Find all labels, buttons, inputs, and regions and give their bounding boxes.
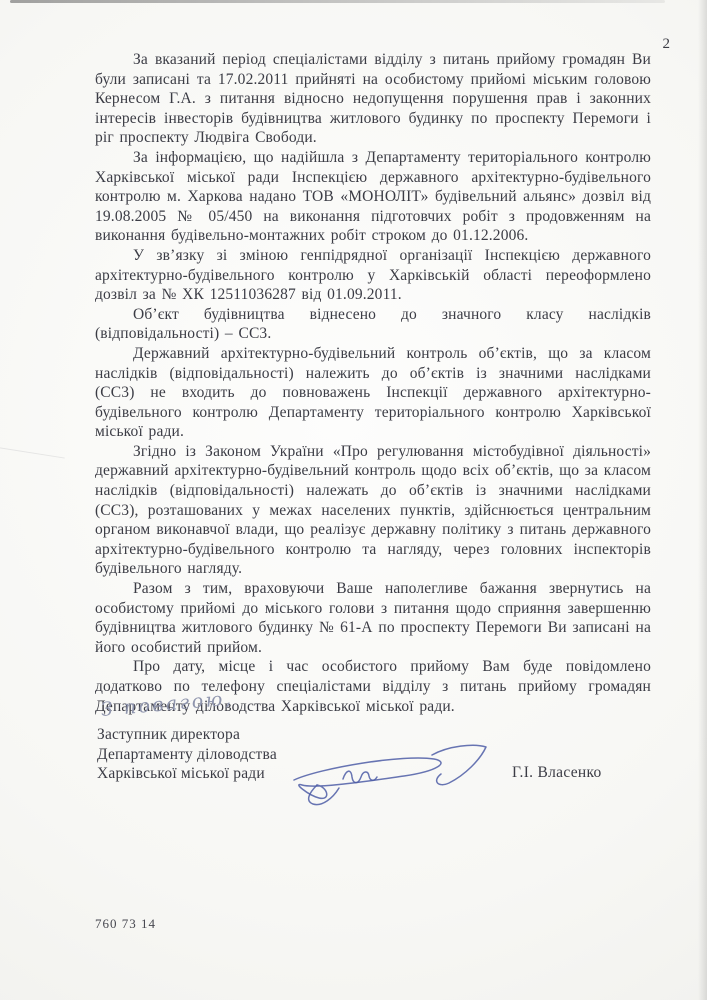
signer-title-line-2: Департаменту діловодства — [97, 745, 277, 765]
paragraph-law-reference: Згідно із Законом України «Про регулюван… — [95, 442, 651, 579]
signer-title-line-3: Харківської міської ради — [97, 764, 277, 784]
scan-edge-artifact-right — [698, 0, 707, 1000]
signature-icon — [286, 738, 500, 812]
letter-body: За вказаний період спеціалістами відділу… — [95, 50, 651, 716]
footer-reference-number: 760 73 14 — [95, 916, 156, 932]
signer-title-line-1: Заступник директора — [97, 725, 277, 745]
scanned-letter-page: 2 За вказаний період спеціалістами відді… — [0, 0, 707, 1000]
scan-edge-artifact — [10, 0, 665, 3]
signer-name: Г.І. Власенко — [512, 764, 602, 782]
scan-crease-artifact — [0, 447, 65, 473]
paragraph-appointment: Разом з тим, враховуючи Ваше наполегливе… — [95, 579, 651, 657]
paragraph-permit-info: За інформацією, що надійшла з Департамен… — [95, 148, 651, 246]
paragraph-reception-record: За вказаний період спеціалістами відділу… — [95, 50, 651, 148]
paragraph-object-class: Об’єкт будівництва віднесено до значного… — [95, 305, 651, 344]
paragraph-control-authority: Державний архітектурно-будівельний контр… — [95, 344, 651, 442]
paragraph-permit-reissue: У зв’язку зі зміною генпідрядної організ… — [95, 246, 651, 305]
signer-title-block: Заступник директора Департаменту діловод… — [97, 725, 277, 784]
page-number: 2 — [663, 36, 671, 53]
